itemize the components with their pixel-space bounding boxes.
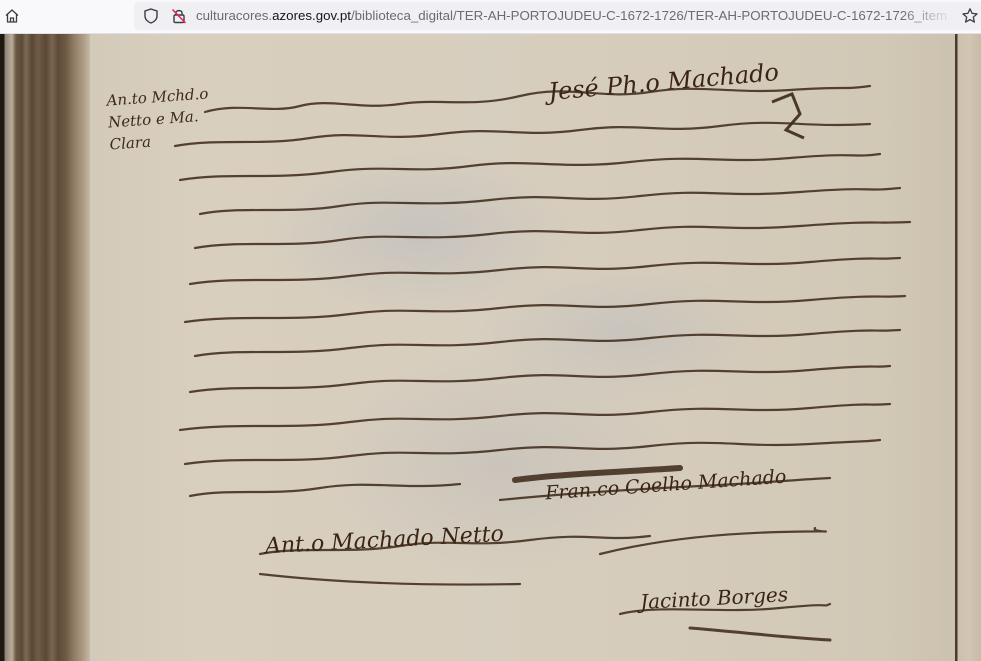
manuscript-line: de Joseph ... filha de ... Rois ...: [185, 306, 400, 322]
home-button[interactable]: [2, 6, 22, 26]
manuscript-line: annos sendo feitas nesta Igr.a de S. Ant…: [175, 130, 625, 146]
manuscript-line: sem se deseobrir impedim.to algum sendo …: [200, 198, 661, 214]
manuscript-line: precedendo as denunciações na forma do s…: [180, 164, 677, 180]
url-host: azores.gov.pt: [272, 8, 351, 23]
insecure-lock-icon[interactable]: [170, 7, 188, 25]
url-prefix: culturacores.: [196, 8, 272, 23]
star-icon[interactable]: [961, 7, 979, 25]
url-text[interactable]: culturacores.azores.gov.pt/biblioteca_di…: [196, 8, 954, 23]
handwriting-strokes: [0, 34, 981, 661]
manuscript-line: ... o Contrahente ...: [190, 376, 328, 392]
manuscript-line: molher ... da ...: [195, 340, 303, 356]
shield-icon[interactable]: [142, 7, 160, 25]
manuscript-image-viewer[interactable]: An.to Mchd.o Netto e Ma. Clara Jesé Ph.o…: [0, 34, 981, 661]
address-bar[interactable]: culturacores.azores.gov.pt/biblioteca_di…: [134, 2, 981, 30]
url-path: /biblioteca_digital/TER-AH-PORTOJUDEU-C-…: [351, 8, 947, 23]
manuscript-line: ... que assinou Comigo testemunhas: [180, 414, 436, 430]
manuscript-line: ... Borges e Ph.o Machado ... por palavr…: [195, 232, 580, 248]
manuscript-line: ... Ant.o Machado Netto ... Maria Clara: [190, 268, 467, 284]
manuscript-line: Em Nim.o e hum dias do mes de Julho de m…: [205, 96, 652, 112]
manuscript-line: dia mes e anno ut supra: [185, 448, 356, 464]
home-icon: [4, 8, 20, 24]
browser-toolbar: culturacores.azores.gov.pt/biblioteca_di…: [0, 0, 981, 34]
